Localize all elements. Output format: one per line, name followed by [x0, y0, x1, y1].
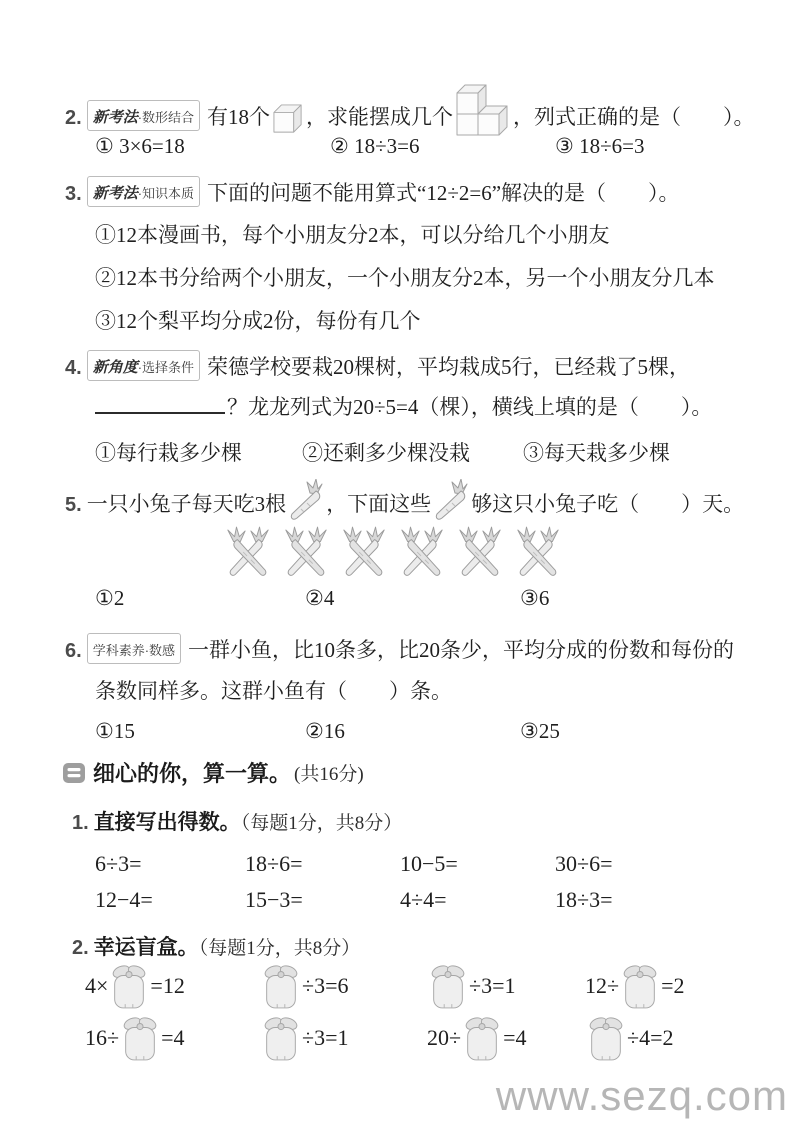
equation-prefix: 20÷ — [427, 1025, 461, 1051]
question-6-exam-tip-badge: 学科素养·数感 — [87, 633, 181, 664]
question-4-text-line1: 荣德学校要栽20棵树，平均栽成5行，已经栽了5棵， — [207, 355, 690, 379]
question-4: 4.新角度·选择条件荣德学校要栽20棵树，平均栽成5行，已经栽了5棵， — [65, 350, 690, 382]
list-icon — [62, 761, 86, 785]
gift-box-icon — [461, 1014, 503, 1062]
gift-box-icon — [427, 962, 469, 1010]
lucky-problem: 20÷=4 — [427, 1014, 527, 1062]
question-2-text-3: ，列式正确的是（ ）。 — [513, 105, 755, 129]
question-2-number: 2. — [65, 107, 82, 129]
question-3-item-3: ③12个梨平均分成2份，每份有几个 — [95, 307, 421, 335]
equation-suffix: =4 — [503, 1025, 526, 1051]
carrot-pair-icon — [514, 526, 562, 582]
question-5-options: ①2 ②4 ③6 — [65, 586, 770, 618]
option: ③每天栽多少棵 — [523, 437, 670, 467]
calc-problem: 30÷6= — [555, 851, 612, 877]
cube-icon — [273, 103, 303, 135]
option: ①15 — [95, 719, 135, 744]
equation-prefix: 12÷ — [585, 973, 619, 999]
gift-box-icon — [585, 1014, 627, 1062]
equation-suffix: ÷3=1 — [469, 973, 515, 999]
question-2-text-1: 有18个 — [207, 105, 270, 129]
gift-box-icon — [119, 1014, 161, 1062]
carrot-pair-icon — [224, 526, 272, 582]
calc-problem: 12−4= — [95, 887, 153, 913]
carrot-icon — [289, 479, 323, 523]
calc-subsection-header: 1.直接写出得数。（每题1分，共8分） — [72, 806, 402, 836]
lucky-score: （每题1分，共8分） — [199, 938, 361, 959]
equation-suffix: =12 — [150, 973, 184, 999]
question-5: 5.一只小兔子每天吃3根，下面这些够这只小兔子吃（ ）天。 — [65, 479, 744, 523]
site-watermark: www.sezq.com — [496, 1072, 788, 1120]
question-5-text-3: 够这只小兔子吃（ ）天。 — [471, 492, 744, 516]
question-2-exam-tip-badge: 新考法·数形结合 — [87, 100, 200, 131]
lucky-subsection-header: 2.幸运盲盒。（每题1分，共8分） — [72, 931, 360, 961]
gift-box-icon — [619, 962, 661, 1010]
carrot-icon — [434, 479, 468, 523]
calc-problem: 15−3= — [245, 887, 303, 913]
option: ②4 — [305, 586, 334, 611]
section-score: (共16分) — [294, 759, 364, 786]
question-2-text-2: ，求能摆成几个 — [306, 105, 453, 129]
calc-title: 直接写出得数。 — [94, 811, 241, 834]
fill-in-blank-line — [95, 394, 225, 414]
calc-problem: 10−5= — [400, 851, 458, 877]
question-5-text-1: 一只小兔子每天吃3根 — [87, 492, 287, 516]
lucky-row-2: 16÷=4 ÷3=1 20÷=4 ÷4=2 — [65, 1014, 785, 1066]
question-3-item-2: ②12本书分给两个小朋友，一个小朋友分2本，另一个小朋友分几本 — [95, 264, 715, 292]
lucky-problem: ÷3=6 — [260, 962, 348, 1010]
badge-strong-label: 新角度 — [93, 359, 138, 376]
question-3: 3.新考法·知识本质下面的问题不能用算式“12÷2=6”解决的是（ ）。 — [65, 176, 680, 208]
calc-score: （每题1分，共8分） — [241, 813, 403, 834]
lucky-problem: ÷4=2 — [585, 1014, 673, 1062]
equation-prefix: 4× — [85, 973, 108, 999]
option: ③25 — [520, 719, 560, 744]
carrot-pair-icon — [398, 526, 446, 582]
badge-rest-label: ·数形结合 — [138, 110, 194, 125]
calc-problem: 4÷4= — [400, 887, 446, 913]
gift-box-icon — [260, 1014, 302, 1062]
badge-strong-label: 新考法 — [93, 185, 138, 202]
equation-suffix: ÷3=1 — [302, 1025, 348, 1051]
option: ① 3×6=18 — [95, 134, 185, 159]
equation-suffix: =4 — [161, 1025, 184, 1051]
carrot-group-row — [224, 526, 562, 582]
question-6: 6.学科素养·数感一群小鱼，比10条多，比20条少，平均分成的份数和每份的 — [65, 633, 734, 665]
question-3-text: 下面的问题不能用算式“12÷2=6”解决的是（ ）。 — [207, 181, 680, 205]
option: ①2 — [95, 586, 124, 611]
question-6-line2: 条数同样多。这群小鱼有（ ）条。 — [95, 677, 452, 705]
question-5-number: 5. — [65, 494, 82, 516]
question-6-number: 6. — [65, 640, 82, 662]
carrot-pair-icon — [340, 526, 388, 582]
badge-rest-label: ·知识本质 — [138, 186, 194, 201]
question-5-text-2: ，下面这些 — [326, 492, 431, 516]
question-6-text-line1: 一群小鱼，比10条多，比20条少，平均分成的份数和每份的 — [188, 638, 734, 662]
option: ②还剩多少棵没栽 — [302, 437, 470, 467]
question-4-line2: ？龙龙列式为20÷5=4（棵），横线上填的是（ ）。 — [95, 393, 712, 421]
lucky-problem: ÷3=1 — [260, 1014, 348, 1062]
question-2-options: ① 3×6=18 ② 18÷3=6 ③ 18÷6=3 — [65, 134, 770, 166]
lucky-row-1: 4×=12 ÷3=6 ÷3=1 12÷=2 — [65, 962, 785, 1014]
option: ①每行栽多少棵 — [95, 437, 242, 467]
equation-suffix: ÷4=2 — [627, 1025, 673, 1051]
cubes-l-shape-icon — [456, 84, 510, 138]
badge-label: 学科素养·数感 — [93, 643, 175, 658]
section-title: 细心的你，算一算。 — [93, 757, 291, 788]
lucky-title: 幸运盲盒。 — [94, 936, 199, 959]
question-3-item-1: ①12本漫画书，每个小朋友分2本，可以分给几个小朋友 — [95, 221, 610, 249]
lucky-problem: 12÷=2 — [585, 962, 685, 1010]
question-4-exam-tip-badge: 新角度·选择条件 — [87, 350, 200, 381]
carrot-pair-icon — [456, 526, 504, 582]
equation-suffix: ÷3=6 — [302, 973, 348, 999]
option: ②16 — [305, 719, 345, 744]
calc-problem: 18÷6= — [245, 851, 302, 877]
lucky-problem: 16÷=4 — [85, 1014, 185, 1062]
gift-box-icon — [108, 962, 150, 1010]
carrot-pair-icon — [282, 526, 330, 582]
gift-box-icon — [260, 962, 302, 1010]
question-3-number: 3. — [65, 183, 82, 205]
option: ② 18÷3=6 — [330, 134, 419, 159]
badge-strong-label: 新考法 — [93, 109, 138, 126]
question-3-exam-tip-badge: 新考法·知识本质 — [87, 176, 200, 207]
calc-row-2: 12−4= 15−3= 4÷4= 18÷3= — [65, 887, 770, 921]
question-4-text-line2: ？龙龙列式为20÷5=4（棵），横线上填的是（ ）。 — [227, 395, 712, 419]
badge-rest-label: ·选择条件 — [138, 360, 194, 375]
question-2: 2.新考法·数形结合有18个，求能摆成几个，列式正确的是（ ）。 — [65, 84, 755, 138]
option: ③ 18÷6=3 — [555, 134, 644, 159]
calc-number: 1. — [72, 812, 89, 834]
question-6-options: ①15 ②16 ③25 — [65, 719, 770, 751]
section-header: 细心的你，算一算。 (共16分) — [62, 757, 364, 788]
question-4-options: ①每行栽多少棵 ②还剩多少棵没栽 ③每天栽多少棵 — [65, 437, 770, 469]
lucky-number: 2. — [72, 937, 89, 959]
option: ③6 — [520, 586, 549, 611]
equation-suffix: =2 — [661, 973, 684, 999]
question-4-number: 4. — [65, 357, 82, 379]
calc-row-1: 6÷3= 18÷6= 10−5= 30÷6= — [65, 851, 770, 885]
lucky-problem: ÷3=1 — [427, 962, 515, 1010]
worksheet-page: 2.新考法·数形结合有18个，求能摆成几个，列式正确的是（ ）。 ① 3×6=1… — [0, 0, 800, 1137]
lucky-problem: 4×=12 — [85, 962, 185, 1010]
calc-problem: 6÷3= — [95, 851, 141, 877]
equation-prefix: 16÷ — [85, 1025, 119, 1051]
calc-problem: 18÷3= — [555, 887, 612, 913]
